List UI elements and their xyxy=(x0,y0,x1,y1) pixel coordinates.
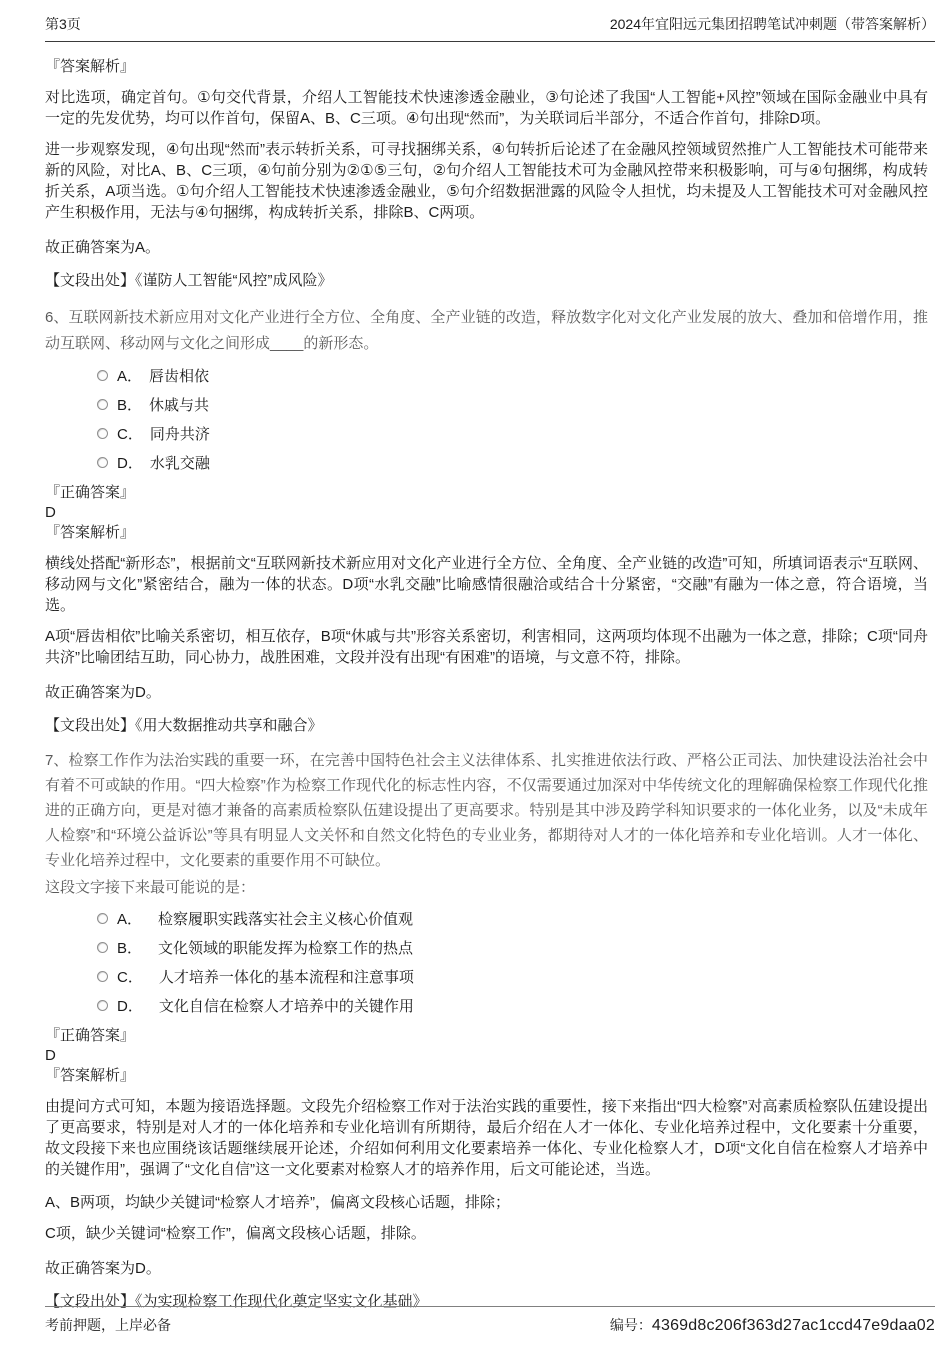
analysis-paragraph: 由提问方式可知，本题为接语选择题。文段先介绍检察工作对于法治实践的重要性，接下来… xyxy=(45,1096,928,1180)
option-text: 同舟共济 xyxy=(150,423,210,444)
question-7-options: A． 检察履职实践落实社会主义核心价值观 B． 文化领域的职能发挥为检察工作的热… xyxy=(97,904,928,1020)
analysis-label: 『答案解析』 xyxy=(45,1066,928,1086)
option-row: D． 文化自信在检察人才培养中的关键作用 xyxy=(97,991,928,1020)
option-letter: D． xyxy=(117,452,143,473)
option-text: 文化自信在检察人才培养中的关键作用 xyxy=(159,995,414,1016)
document-title: 2024年宜阳远元集团招聘笔试冲刺题（带答案解析） xyxy=(610,14,935,34)
option-row: B． 休戚与共 xyxy=(97,390,928,419)
option-radio[interactable] xyxy=(97,1000,108,1011)
page-header: 第3页 2024年宜阳远元集团招聘笔试冲刺题（带答案解析） xyxy=(45,14,935,42)
option-letter: B． xyxy=(117,394,142,415)
page-footer: 考前押题，上岸必备 编号：4369d8c206f363d27ac1ccd47e9… xyxy=(45,1306,935,1335)
option-letter: B． xyxy=(117,937,142,958)
option-row: C． 人才培养一体化的基本流程和注意事项 xyxy=(97,962,928,991)
option-radio[interactable] xyxy=(97,942,108,953)
option-row: A． 检察履职实践落实社会主义核心价值观 xyxy=(97,904,928,933)
question-7-stem: 7、检察工作作为法治实践的重要一环，在完善中国特色社会主义法律体系、扎实推进依法… xyxy=(45,748,928,873)
correct-answer-label: 『正确答案』 xyxy=(45,483,928,503)
source-text: 【文段出处】《用大数据推动共享和融合》 xyxy=(45,715,928,736)
analysis-paragraph: A项“唇齿相依”比喻关系密切，相互依存，B项“休戚与共”形容关系密切，利害相同，… xyxy=(45,626,928,668)
option-row: D． 水乳交融 xyxy=(97,448,928,477)
analysis-paragraph: 横线处搭配“新形态”，根据前文“互联网新技术新应用对文化产业进行全方位、全角度、… xyxy=(45,553,928,616)
option-row: B． 文化领域的职能发挥为检察工作的热点 xyxy=(97,933,928,962)
question-6-stem: 6、互联网新技术新应用对文化产业进行全方位、全角度、全产业链的改造，释放数字化对… xyxy=(45,305,928,357)
analysis-paragraph: 对比选项，确定首句。①句交代背景，介绍人工智能技术快速渗透金融业，③句论述了我国… xyxy=(45,87,928,129)
page-content: 『答案解析』 对比选项，确定首句。①句交代背景，介绍人工智能技术快速渗透金融业，… xyxy=(45,57,928,1312)
analysis-paragraph: 进一步观察发现，④句出现“然而”表示转折关系，可寻找捆绑关系，④句转折后论述了在… xyxy=(45,139,928,223)
option-text: 检察履职实践落实社会主义核心价值观 xyxy=(158,908,413,929)
option-text: 水乳交融 xyxy=(150,452,210,473)
option-text: 文化领域的职能发挥为检察工作的热点 xyxy=(158,937,413,958)
option-letter: D． xyxy=(117,995,143,1016)
option-row: A． 唇齿相依 xyxy=(97,361,928,390)
option-radio[interactable] xyxy=(97,913,108,924)
question-7-prompt: 这段文字接下来最可能说的是： xyxy=(45,877,928,898)
option-letter: C． xyxy=(117,423,143,444)
analysis-paragraph: C项，缺少关键词“检察工作”，偏离文段核心话题，排除。 xyxy=(45,1223,928,1244)
doc-id-value: 4369d8c206f363d27ac1ccd47e9daa02 xyxy=(652,1317,935,1334)
footer-slogan: 考前押题，上岸必备 xyxy=(45,1315,171,1335)
option-row: C． 同舟共济 xyxy=(97,419,928,448)
option-letter: A． xyxy=(117,908,142,929)
analysis-label: 『答案解析』 xyxy=(45,57,928,77)
option-radio[interactable] xyxy=(97,971,108,982)
previous-question-analysis: 『答案解析』 对比选项，确定首句。①句交代背景，介绍人工智能技术快速渗透金融业，… xyxy=(45,57,928,291)
correct-answer-value: D xyxy=(45,503,928,523)
correct-answer-value: D xyxy=(45,1046,928,1066)
option-letter: C． xyxy=(117,966,143,987)
conclusion-text: 故正确答案为A。 xyxy=(45,237,928,258)
option-radio[interactable] xyxy=(97,428,108,439)
question-6-options: A． 唇齿相依 B． 休戚与共 C． 同舟共济 D． 水乳交融 xyxy=(97,361,928,477)
option-radio[interactable] xyxy=(97,370,108,381)
question-6: 6、互联网新技术新应用对文化产业进行全方位、全角度、全产业链的改造，释放数字化对… xyxy=(45,305,928,736)
correct-answer-label: 『正确答案』 xyxy=(45,1026,928,1046)
analysis-label: 『答案解析』 xyxy=(45,523,928,543)
option-text: 人才培养一体化的基本流程和注意事项 xyxy=(159,966,414,987)
conclusion-text: 故正确答案为D。 xyxy=(45,1258,928,1279)
question-7: 7、检察工作作为法治实践的重要一环，在完善中国特色社会主义法律体系、扎实推进依法… xyxy=(45,748,928,1312)
option-radio[interactable] xyxy=(97,457,108,468)
exam-document-page: 第3页 2024年宜阳远元集团招聘笔试冲刺题（带答案解析） 『答案解析』 对比选… xyxy=(0,0,950,1345)
option-text: 唇齿相依 xyxy=(149,365,209,386)
option-text: 休戚与共 xyxy=(149,394,209,415)
analysis-paragraph: A、B两项，均缺少关键词“检察人才培养”，偏离文段核心话题，排除； xyxy=(45,1192,928,1213)
option-radio[interactable] xyxy=(97,399,108,410)
option-letter: A． xyxy=(117,365,142,386)
page-number: 第3页 xyxy=(45,14,81,34)
doc-id-label: 编号： xyxy=(610,1317,652,1333)
source-text: 【文段出处】《谨防人工智能“风控”成风险》 xyxy=(45,270,928,291)
doc-id: 编号：4369d8c206f363d27ac1ccd47e9daa02 xyxy=(610,1315,935,1335)
conclusion-text: 故正确答案为D。 xyxy=(45,682,928,703)
